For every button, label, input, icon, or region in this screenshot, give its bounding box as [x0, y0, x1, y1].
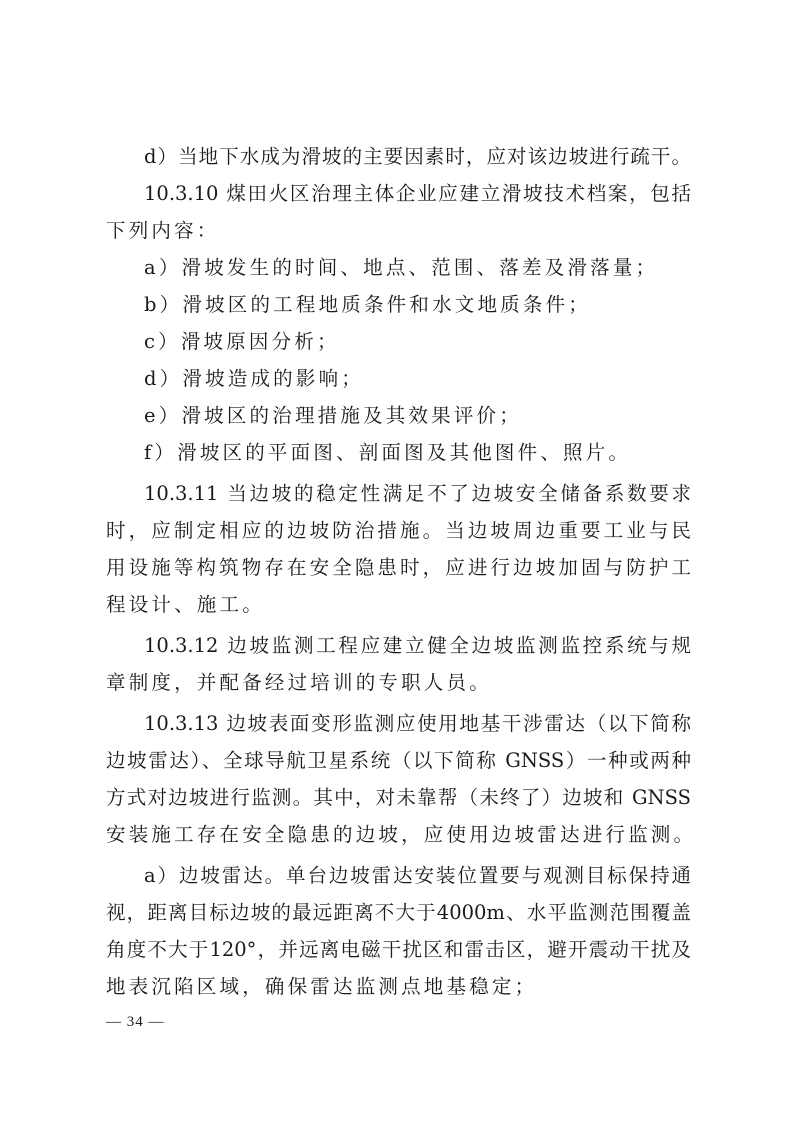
- text-line: 10.3.12 边坡监测工程应建立健全边坡监测监控系统与规: [144, 629, 691, 663]
- text-line: 时，应制定相应的边坡防治措施。当边坡周边重要工业与民: [106, 514, 691, 548]
- list-item: a）滑坡发生的时间、地点、范围、落差及滑落量；: [144, 251, 658, 285]
- text-line: 下列内容：: [106, 214, 220, 248]
- list-item: d）滑坡造成的影响；: [144, 362, 364, 396]
- text-line: 视，距离目标边坡的最远距离不大于4000m、水平监测范围覆盖: [106, 896, 691, 930]
- text-line: 10.3.13 边坡表面变形监测应使用地基干涉雷达（以下简称: [144, 707, 691, 741]
- text-line: 程设计、施工。: [106, 588, 265, 622]
- page-number: — 34 —: [106, 1014, 165, 1031]
- text-line: 地表沉陷区域，确保雷达监测点地基稳定；: [106, 970, 537, 1004]
- text-line: 安装施工存在安全隐患的边坡，应使用边坡雷达进行监测。: [106, 818, 696, 852]
- list-item: c）滑坡原因分析；: [144, 325, 340, 359]
- text-line: 方式对边坡进行监测。其中，对未靠帮（未终了）边坡和 GNSS: [106, 781, 691, 815]
- text-line: 边坡雷达）、全球导航卫星系统（以下简称 GNSS）一种或两种: [106, 744, 691, 778]
- list-item: b）滑坡区的工程地质条件和水文地质条件；: [144, 288, 591, 322]
- text-line: 用设施等构筑物存在安全隐患时，应进行边坡加固与防护工: [106, 551, 691, 585]
- list-item: e）滑坡区的治理措施及其效果评价；: [144, 399, 522, 433]
- text-line: 章制度，并配备经过培训的专职人员。: [106, 666, 492, 700]
- text-line: a）边坡雷达。单台边坡雷达安装位置要与观测目标保持通: [144, 859, 691, 893]
- list-item: f）滑坡区的平面图、剖面图及其他图件、照片。: [144, 436, 631, 470]
- text-line: 10.3.11 当边坡的稳定性满足不了边坡安全储备系数要求: [144, 477, 691, 511]
- text-line: 10.3.10 煤田火区治理主体企业应建立滑坡技术档案，包括: [144, 177, 691, 211]
- text-line: d）当地下水成为滑坡的主要因素时，应对该边坡进行疏干。: [144, 140, 691, 174]
- text-line: 角度不大于120°，并远离电磁干扰区和雷击区，避开震动干扰及: [106, 933, 691, 967]
